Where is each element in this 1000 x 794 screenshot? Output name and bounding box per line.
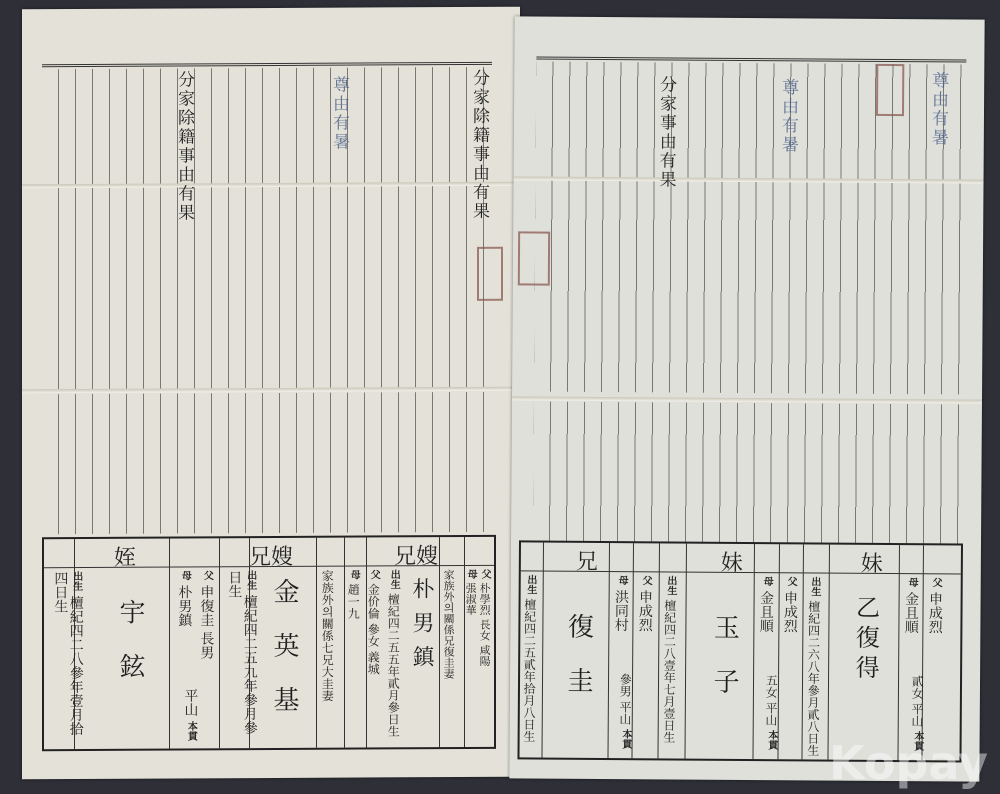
left-register-page: 分家除籍事由有果 尊由有暑 分家除籍事由有果 姪 兄嫂 兄嫂 出生 檀紀四二八參…: [22, 7, 520, 780]
mother-name: 母 金且順: [902, 577, 918, 634]
ruled-lines-lower: [533, 402, 964, 545]
birth-date: 出生 檀紀四二六八年參月貳八日生: [806, 576, 820, 756]
birth-date: 出生 檀紀四二八參年壹月拾四日生: [52, 571, 83, 749]
birth-date: 出生 檀紀四二五五年貳月參日生: [386, 569, 399, 737]
stamp: [876, 64, 904, 116]
relation-note: 家族外의關係兄復圭妻: [442, 569, 454, 679]
ruled-lines-upper: [42, 67, 492, 389]
reason-note-blue: 尊由有暑: [327, 76, 352, 152]
bongwan: 平山 本貫: [182, 688, 197, 741]
person-name: 乙復得: [848, 595, 884, 685]
person-name: 金英基: [266, 578, 303, 740]
mother-name: 母 朴男鎮: [176, 570, 191, 627]
father-name: 父 申成烈: [926, 577, 942, 634]
person-name: 復圭: [560, 613, 598, 721]
entry-table: 姪 兄嫂 兄嫂 出生 檀紀四二八參年壹月拾四日生 宇鉉 母 朴男鎮 父 申復圭 …: [42, 535, 496, 751]
mother-name: 母 金且順: [757, 576, 773, 633]
red-seal: [518, 231, 550, 285]
rank-and-bongwan: 五女 平山 本貫: [764, 674, 778, 750]
birth-date: 出生 檀紀四二五九年參月參日生: [226, 570, 257, 748]
mother-name: 母 洪同村: [612, 575, 628, 632]
right-register-page: 分家事由有果 尊由有暑 尊由有暑 兄 妹 妹 出生 檀紀四二五貳年拾月八日生 復…: [509, 16, 984, 781]
father-name: 父 申成烈: [636, 575, 652, 632]
father-name: 父 朴學烈 長女 咸陽: [478, 569, 490, 667]
birth-date: 出生 檀紀四二八壹年七月壹日生: [662, 575, 676, 743]
father-name: 父 申復圭 長男: [198, 570, 213, 659]
mother-name: 母 趙一九: [346, 570, 359, 620]
removal-note: 分家除籍事由有果: [467, 69, 492, 221]
family-division-note: 分家事由有果: [653, 75, 679, 189]
mother-name: 母 張淑華: [464, 569, 476, 616]
red-seal: [477, 247, 503, 301]
person-name: 玉子: [706, 614, 744, 722]
person-name: 朴男鎮: [406, 577, 437, 679]
reason-note-blue: 尊由有暑: [926, 71, 952, 147]
reason-note-blue: 尊由有暑: [776, 78, 802, 154]
birth-date: 出生 檀紀四二五貳年拾月八日生: [522, 574, 536, 742]
person-name: 宇鉉: [112, 599, 149, 707]
father-name: 父 金价倫 參女 義城: [366, 569, 379, 675]
removal-note: 分家除籍事由有果: [172, 70, 197, 222]
watermark: Kopay: [829, 736, 988, 790]
father-name: 父 申成烈: [781, 576, 797, 633]
rank-and-bongwan: 參男 平山 本貫: [618, 673, 632, 749]
relation-note: 家族外의關係七兄大圭妻: [320, 570, 333, 702]
ruled-lines-lower: [42, 392, 492, 534]
entry-table: 兄 妹 妹 出生 檀紀四二五貳年拾月八日生 復圭 母 洪同村 父 申成烈 參男 …: [517, 540, 963, 762]
